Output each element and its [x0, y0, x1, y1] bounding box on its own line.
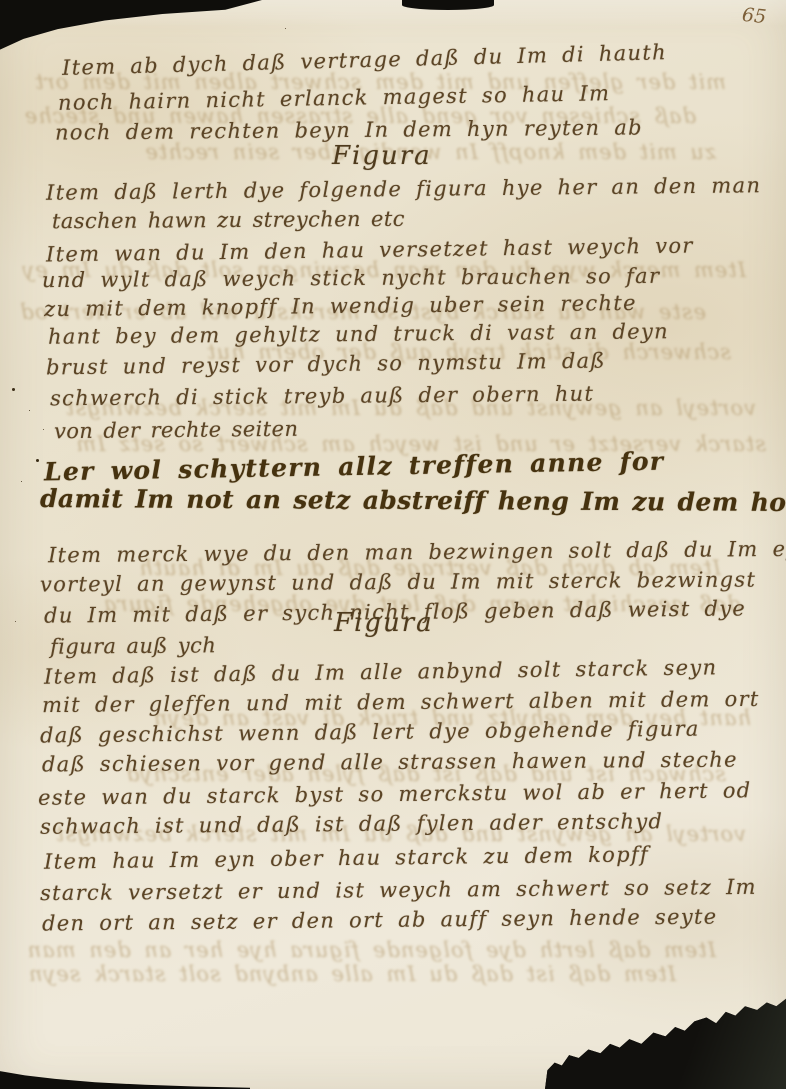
- manuscript-line: Item ab dych daß vertrage daß du Im di h…: [62, 40, 667, 80]
- manuscript-line: und wylt daß weych stick nycht brauchen …: [42, 264, 660, 292]
- verse-line: Ler wol schyttern allz treffen anne for: [44, 447, 665, 487]
- folio-number: 65: [741, 4, 767, 28]
- manuscript-line: schwerch di stick treyb auß der obern hu…: [50, 382, 594, 411]
- verse-line: damit Im not an setz abstreiff heng Im z…: [40, 484, 786, 517]
- manuscript-line: Item wan du Im den hau versetzet hast we…: [46, 233, 694, 266]
- manuscript-line: von der rechte seiten: [54, 417, 299, 444]
- manuscript-line: noch hairn nicht erlanck magest so hau I…: [58, 81, 611, 115]
- manuscript-line: schwach ist und daß ist daß fylen ader e…: [40, 809, 663, 838]
- manuscript-line: starck versetzt er und ist weych am schw…: [40, 875, 757, 905]
- manuscript-line: Item hau Im eyn ober hau starck zu dem k…: [44, 842, 649, 873]
- manuscript-line: este wan du starck byst so merckstu wol …: [38, 778, 752, 809]
- manuscript-line: figura auß ych: [50, 633, 216, 658]
- figura-heading: Figura: [334, 608, 434, 638]
- manuscript-line: taschen hawn zu streychen etc: [52, 207, 405, 233]
- page-edge-bottom: [200, 1083, 600, 1089]
- figura-heading: Figura: [332, 141, 432, 171]
- manuscript-line: hant bey dem gehyltz und truck di vast a…: [48, 319, 669, 348]
- manuscript-line: daß geschichst wenn daß lert dye obgehen…: [40, 717, 700, 748]
- manuscript-line: Item daß ist daß du Im alle anbynd solt …: [44, 655, 718, 688]
- manuscript-line: Item daß lerth dye folgende figura hye h…: [46, 173, 761, 204]
- manuscript-line: vorteyl an gewynst und daß du Im mit ste…: [40, 568, 756, 597]
- manuscript-line: Item merck wye du den man bezwingen solt…: [48, 537, 786, 568]
- manuscript-line: zu mit dem knopff In wendig uber sein re…: [44, 291, 637, 321]
- manuscript-line: brust und reyst vor dych so nymstu Im da…: [46, 349, 606, 380]
- ink-specks: [12, 388, 15, 391]
- manuscript-scan: mit der gleffen und mit dem schwert albe…: [0, 0, 786, 1089]
- page-edge-top: [250, 0, 786, 4]
- manuscript-line: den ort an setz er den ort ab auff seyn …: [42, 904, 718, 935]
- text-layer: 65 Item ab dych daß vertrage daß du Im d…: [0, 0, 786, 1089]
- manuscript-line: daß schiesen vor gend alle strassen hawe…: [42, 748, 738, 777]
- page-edge-left: [0, 60, 3, 1020]
- manuscript-line: mit der gleffen und mit dem schwert albe…: [42, 687, 760, 717]
